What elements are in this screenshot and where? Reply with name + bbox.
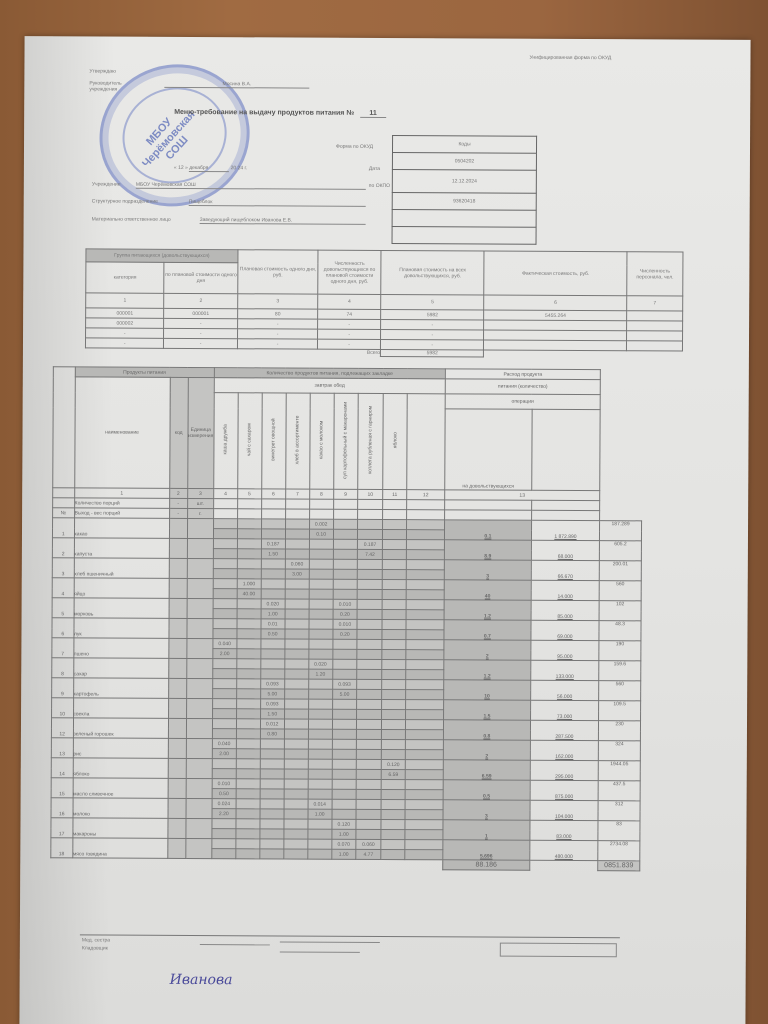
document-page: Унифицированная форма по ОКУД МБОУ Черём… (19, 36, 750, 1024)
consumption-total: 1.5 (443, 700, 530, 720)
storekeeper-label: Кладовщик (82, 945, 108, 951)
unit-price: 104.000 (530, 800, 598, 820)
head-name: Мосина В.А. (164, 81, 309, 89)
consumption-total: 0.7 (444, 620, 531, 640)
dish-header: каша дружба (223, 424, 229, 454)
signature: Иванова (170, 972, 233, 988)
approve-label: Утверждаю (89, 68, 115, 74)
line-sum: 230 (598, 721, 640, 741)
consumption-total: 40 (444, 580, 531, 600)
consumption-total: 6.59 (443, 760, 530, 780)
dish-header: чай с сахаром (247, 423, 253, 456)
total-label: Всего (318, 349, 381, 356)
line-sum: 109.5 (599, 701, 641, 721)
unit-price: 875.000 (530, 780, 598, 800)
institution-label: Учреждение (92, 181, 121, 187)
head-label: Руководитель учреждения (89, 80, 144, 92)
line-sum: 159.6 (599, 661, 641, 681)
responsible-value: Заведующий пищеблоком Иванова Е.В. (200, 217, 366, 225)
cost-table: Группа питающихся (довольствующихся) Пла… (85, 248, 684, 358)
consumption-total: 3 (443, 800, 530, 820)
division-value: Пищеблок (189, 199, 366, 207)
form-okud-label: Форма по ОКУД (336, 144, 373, 150)
line-sum: 560 (599, 581, 641, 601)
consumption-total: 1 (443, 820, 530, 840)
consumption-total: 2 (444, 640, 531, 660)
unit-price: 66.670 (531, 560, 599, 580)
menu-requisition-table: Продукты питанияКоличество продуктов пит… (50, 366, 643, 871)
unit-price: 95.000 (531, 640, 599, 660)
unit-price: 14.000 (531, 580, 599, 600)
document-number: 11 (360, 110, 386, 118)
grand-total-row: 88.1860851.839 (51, 858, 640, 871)
consumption-total: 1.2 (444, 600, 531, 620)
unit-price: 162.000 (530, 740, 598, 760)
dish-header: какао с молоком (319, 421, 325, 460)
consumption-total: 5.696 (443, 840, 530, 860)
unit-price: 295.000 (530, 760, 598, 780)
division-label: Структурное подразделение (92, 198, 158, 204)
unit-price: 1 872.890 (531, 520, 599, 540)
consumption-total: 3 (444, 560, 531, 580)
line-sum: 200.01 (599, 561, 641, 581)
document-title: Меню-требование на выдачу продуктов пита… (174, 109, 386, 118)
dish-header: яблоко (392, 432, 398, 448)
date-label: Дата (369, 166, 380, 172)
unit-price: 85.000 (531, 600, 599, 620)
line-sum: 190 (599, 641, 641, 661)
unit-price: 69.000 (531, 620, 599, 640)
date-line: « 12 » декабря 20 24 г. (174, 165, 247, 172)
line-sum: 560 (599, 681, 641, 701)
line-sum: 437.5 (598, 781, 640, 801)
line-sum: 312 (598, 801, 640, 821)
unit-price: 73.000 (530, 700, 598, 720)
okpo-label: по ОКПО (369, 183, 390, 189)
unit-price: 287.500 (530, 720, 598, 740)
consumption-total: 8.9 (444, 540, 531, 560)
line-sum: 1944.05 (598, 761, 640, 781)
line-sum: 102 (599, 601, 641, 621)
dish-header: суп картофельный с макаронами (343, 402, 349, 479)
line-sum: 2734.08 (598, 841, 640, 861)
codes-table: Коды 0504202 12.12.2024 93620418 (392, 135, 538, 245)
consumption-total: 0.5 (443, 780, 530, 800)
institution-value: МБОУ Черёмовская СОШ (136, 182, 366, 190)
responsible-label: Материально ответственное лицо (92, 216, 171, 222)
nurse-label: Мед. сестра (82, 937, 110, 943)
line-sum: 324 (598, 741, 640, 761)
line-sum: 83 (598, 821, 640, 841)
dish-header: винегрет овощной (271, 419, 277, 462)
unit-price: 56.000 (531, 680, 599, 700)
unit-price: 133.000 (531, 660, 599, 680)
top-right-note: Унифицированная форма по ОКУД (529, 55, 611, 61)
line-sum: 605.2 (599, 541, 641, 561)
total-value: 5982 (381, 349, 484, 357)
consumption-total: 1.2 (444, 660, 531, 680)
consumption-total: 0.8 (443, 720, 530, 740)
consumption-total: 2 (443, 740, 530, 760)
dish-header: хлеб в ассортименте (295, 416, 301, 465)
unit-price: 68.000 (531, 540, 599, 560)
line-sum: 48.3 (599, 621, 641, 641)
line-sum: 187.289 (600, 521, 642, 541)
footer-signatures: Мед. сестра Кладовщик (80, 934, 620, 938)
consumption-total: 0.1 (444, 520, 531, 540)
dish-header: котлета рубленая с гарниром (367, 406, 373, 474)
unit-price: 480.000 (530, 840, 598, 860)
consumption-total: 10 (444, 680, 531, 700)
unit-price: 83.000 (530, 820, 598, 840)
